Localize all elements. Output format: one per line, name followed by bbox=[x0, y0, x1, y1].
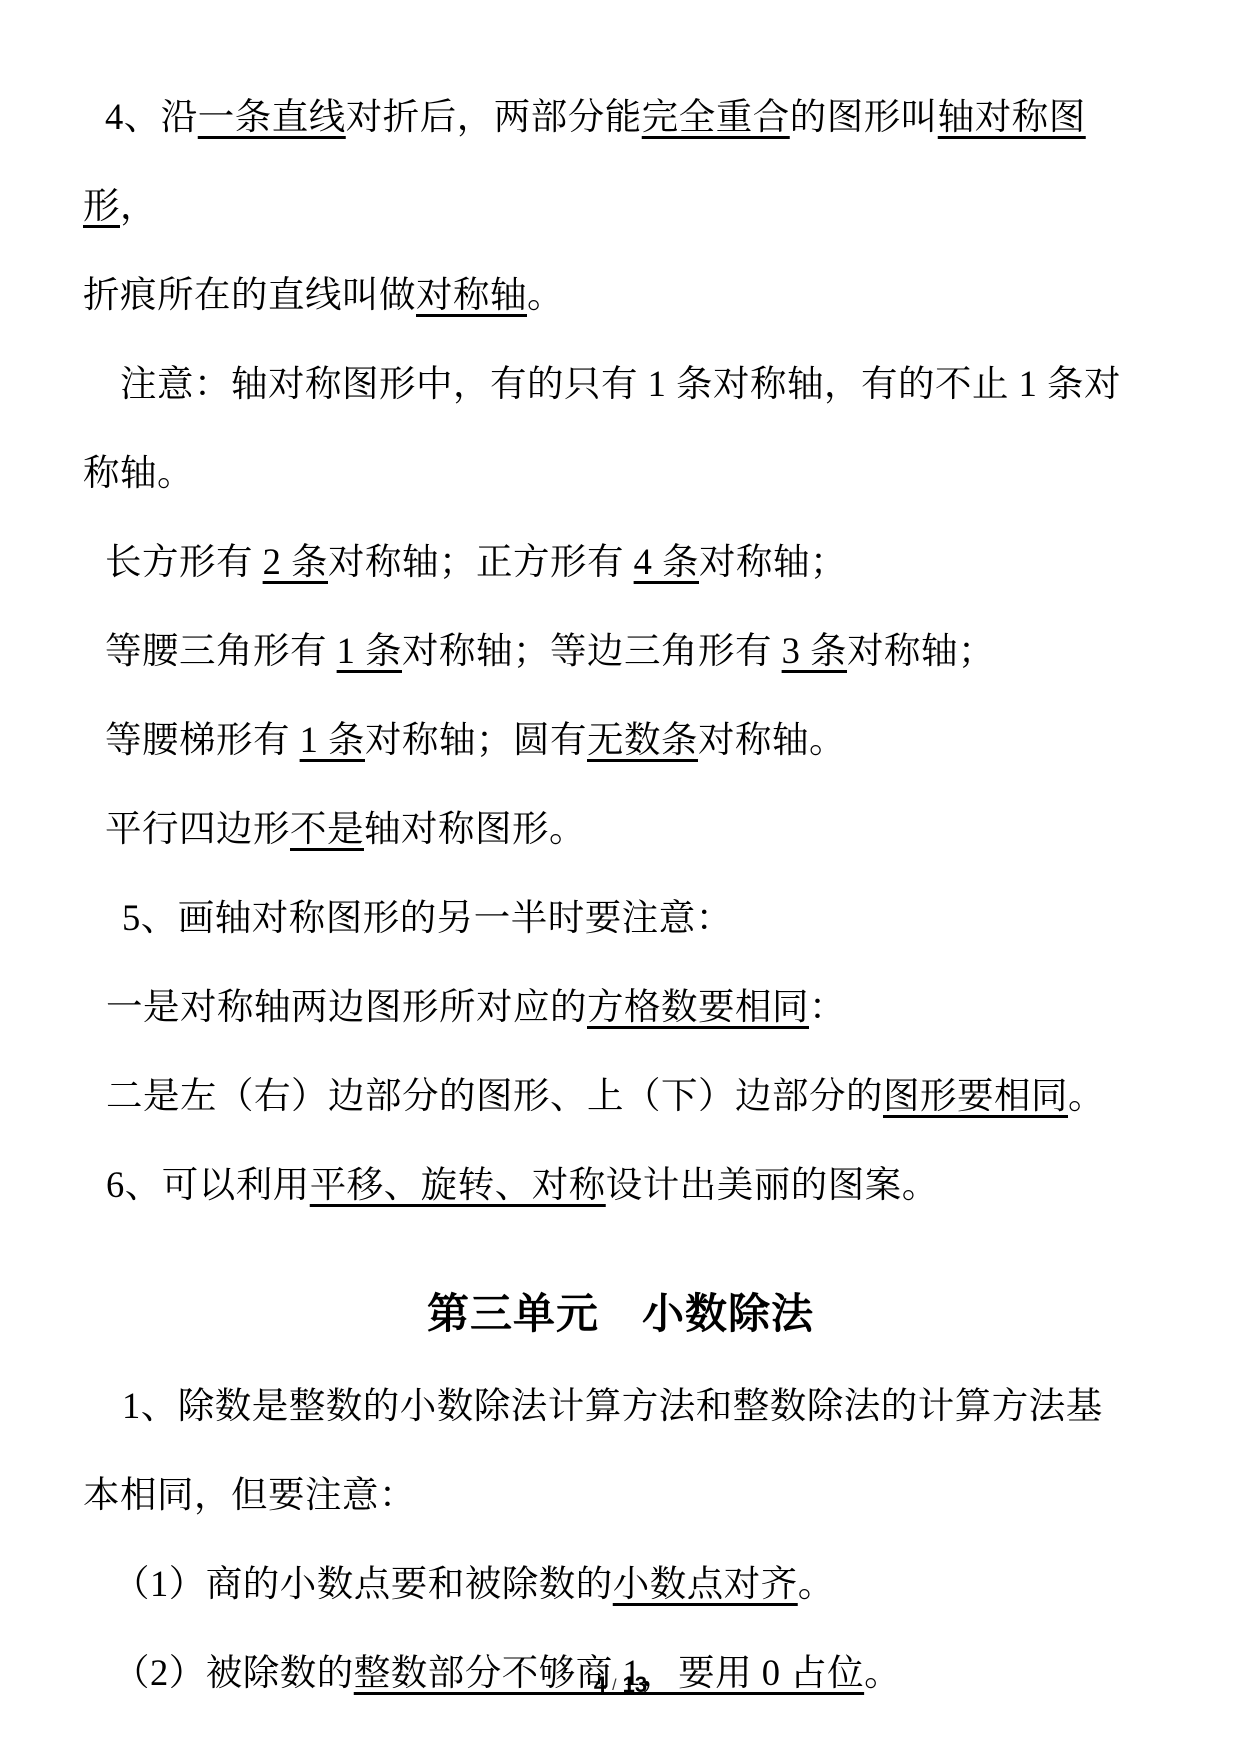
underlined-text-run: 一条直线 bbox=[198, 96, 346, 137]
underlined-text-run: 方格数要相同 bbox=[587, 986, 809, 1027]
text-run: 设计出美丽的图案。 bbox=[606, 1164, 939, 1205]
underlined-text-run: 1 条 bbox=[300, 719, 365, 760]
para-first-point-grid: 一是对称轴两边图形所对应的方格数要相同： bbox=[83, 962, 1158, 1051]
document-body: 4、沿一条直线对折后，两部分能完全重合的图形叫轴对称图形，折痕所在的直线叫做对称… bbox=[0, 0, 1241, 1717]
text-run: 第三单元 小数除法 bbox=[427, 1292, 814, 1338]
text-run: 本相同，但要注意： bbox=[83, 1474, 416, 1515]
text-run: 。 bbox=[1068, 1075, 1105, 1116]
underlined-text-run: 1 条 bbox=[337, 630, 402, 671]
text-run: 对称轴；正方形有 bbox=[328, 541, 634, 582]
underlined-text-run: 对称轴 bbox=[416, 274, 527, 315]
text-run: 注意：轴对称图形中，有的只有 1 条对称轴，有的不止 1 条对 bbox=[120, 363, 1121, 404]
text-run: 的图形叫 bbox=[790, 96, 938, 137]
page-number-current: 4 bbox=[594, 1672, 606, 1697]
text-run: 。 bbox=[527, 274, 564, 315]
text-run: 6、可以利用 bbox=[106, 1164, 310, 1205]
underlined-text-run: 平移、旋转、对称 bbox=[310, 1164, 606, 1205]
underlined-text-run: 无数条 bbox=[587, 719, 698, 760]
text-run: 对称轴； bbox=[847, 630, 995, 671]
para-second-point-shape: 二是左（右）边部分的图形、上（下）边部分的图形要相同。 bbox=[83, 1051, 1158, 1140]
para-4-axis-symmetry-definition: 4、沿一条直线对折后，两部分能完全重合的图形叫轴对称图形，折痕所在的直线叫做对称… bbox=[83, 72, 1158, 339]
para-5-drawing-half: 5、画轴对称图形的另一半时要注意： bbox=[83, 873, 1158, 962]
heading-unit-3-decimal-division: 第三单元 小数除法 bbox=[83, 1269, 1158, 1361]
para-1-division-method: 1、除数是整数的小数除法计算方法和整数除法的计算方法基本相同，但要注意： bbox=[83, 1361, 1158, 1539]
underlined-text-run: 4 条 bbox=[634, 541, 699, 582]
page-number-total: 13 bbox=[623, 1672, 647, 1697]
page-number-separator: / bbox=[606, 1677, 622, 1694]
text-run: ， bbox=[120, 185, 157, 226]
text-run: 4、沿 bbox=[105, 96, 198, 137]
para-point-1-decimal-align: （1）商的小数点要和被除数的小数点对齐。 bbox=[83, 1539, 1158, 1628]
text-run: 。 bbox=[798, 1563, 835, 1604]
text-run: 1、除数是整数的小数除法计算方法和整数除法的计算方法基 bbox=[122, 1385, 1103, 1426]
text-run: 5、画轴对称图形的另一半时要注意： bbox=[122, 897, 733, 938]
underlined-text-run: 完全重合 bbox=[642, 96, 790, 137]
underlined-text-run: 2 条 bbox=[263, 541, 328, 582]
text-run: 等腰梯形有 bbox=[105, 719, 300, 760]
underlined-text-run: 不是 bbox=[290, 808, 364, 849]
text-run: 对称轴。 bbox=[698, 719, 846, 760]
text-run: 对称轴；圆有 bbox=[365, 719, 587, 760]
para-parallelogram: 平行四边形不是轴对称图形。 bbox=[83, 784, 1158, 873]
underlined-text-run: 3 条 bbox=[782, 630, 847, 671]
page-number: 4/13 bbox=[0, 1672, 1241, 1698]
document-page: 4、沿一条直线对折后，两部分能完全重合的图形叫轴对称图形，折痕所在的直线叫做对称… bbox=[0, 0, 1241, 1754]
para-6-design-patterns: 6、可以利用平移、旋转、对称设计出美丽的图案。 bbox=[83, 1140, 1158, 1229]
text-run: 对称轴；等边三角形有 bbox=[402, 630, 782, 671]
text-run: 长方形有 bbox=[105, 541, 263, 582]
para-note-symmetry-axes: 注意：轴对称图形中，有的只有 1 条对称轴，有的不止 1 条对称轴。 bbox=[83, 339, 1158, 517]
text-run: （1）商的小数点要和被除数的 bbox=[113, 1563, 613, 1604]
text-run: 轴对称图形。 bbox=[364, 808, 586, 849]
underlined-text-run: 图形要相同 bbox=[883, 1075, 1068, 1116]
text-run: 称轴。 bbox=[83, 452, 194, 493]
text-run: 折痕所在的直线叫做 bbox=[83, 274, 416, 315]
para-trapezoid-circle: 等腰梯形有 1 条对称轴；圆有无数条对称轴。 bbox=[83, 695, 1158, 784]
text-run: 平行四边形 bbox=[105, 808, 290, 849]
para-triangles: 等腰三角形有 1 条对称轴；等边三角形有 3 条对称轴； bbox=[83, 606, 1158, 695]
text-run: 二是左（右）边部分的图形、上（下）边部分的 bbox=[106, 1075, 883, 1116]
text-run: ： bbox=[809, 986, 846, 1027]
text-run: 对称轴； bbox=[699, 541, 847, 582]
text-run: 一是对称轴两边图形所对应的 bbox=[106, 986, 587, 1027]
underlined-text-run: 小数点对齐 bbox=[613, 1563, 798, 1604]
text-run: 等腰三角形有 bbox=[105, 630, 337, 671]
text-run: 对折后，两部分能 bbox=[346, 96, 642, 137]
para-rectangle-square: 长方形有 2 条对称轴；正方形有 4 条对称轴； bbox=[83, 517, 1158, 606]
